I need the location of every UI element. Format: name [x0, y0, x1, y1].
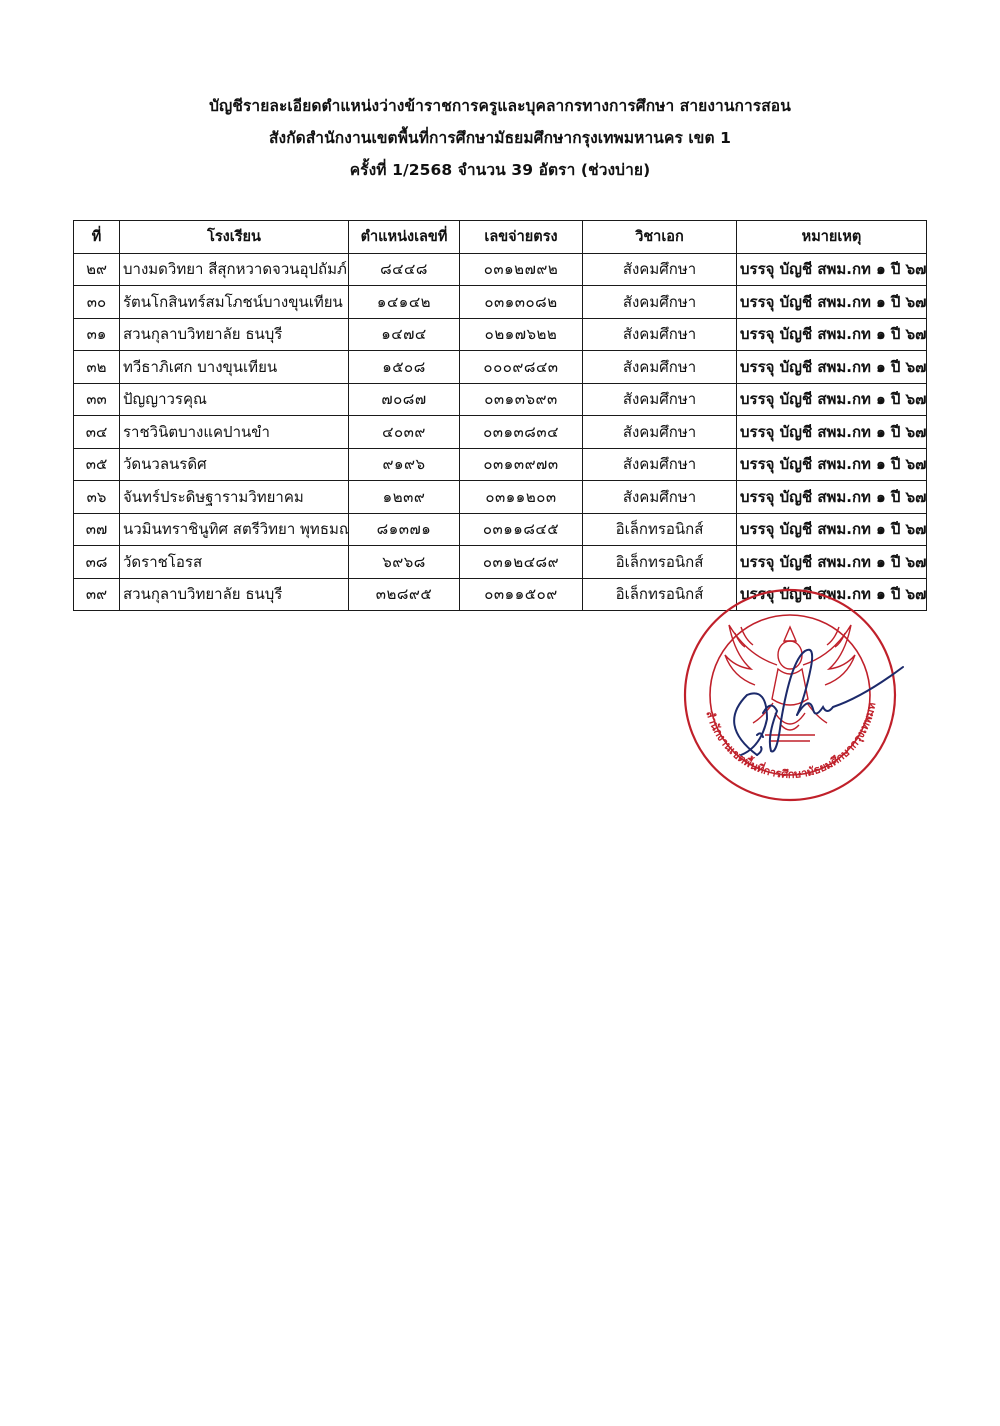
major-subject: สังคมศึกษา [583, 383, 737, 416]
school-name: วัดนวลนรดิศ [120, 448, 349, 481]
pay-number: ๐๒๑๗๖๒๒ [460, 318, 583, 351]
school-name: นวมินทราชินูทิศ สตรีวิทยา พุทธมณฑล [120, 513, 349, 546]
stamp-ring-text: สำนักงานเขตพื้นที่การศึกษามัธยมศึกษากรุง… [665, 585, 878, 781]
row-number: ๒๙ [74, 253, 120, 286]
pay-number: ๐๓๑๑๒๐๓ [460, 481, 583, 514]
position-number: ๑๔๗๔ [349, 318, 460, 351]
position-number: ๙๑๙๖ [349, 448, 460, 481]
major-subject: อิเล็กทรอนิกส์ [583, 578, 737, 611]
row-number: ๓๗ [74, 513, 120, 546]
row-number: ๓๘ [74, 546, 120, 579]
school-name: ปัญญาวรคุณ [120, 383, 349, 416]
position-number: ๑๒๓๙ [349, 481, 460, 514]
row-number: ๓๒ [74, 351, 120, 384]
position-number: ๑๕๐๘ [349, 351, 460, 384]
remark: บรรจุ บัญชี สพม.กท ๑ ปี ๖๗ [737, 578, 927, 611]
school-name: วัดราชโอรส [120, 546, 349, 579]
remark: บรรจุ บัญชี สพม.กท ๑ ปี ๖๗ [737, 416, 927, 449]
table-row: ๓๓ปัญญาวรคุณ๗๐๘๗๐๓๑๓๖๙๓สังคมศึกษาบรรจุ บ… [74, 383, 927, 416]
svg-text:สำนักงานเขตพื้นที่การศึกษามัธย: สำนักงานเขตพื้นที่การศึกษามัธยมศึกษากรุง… [665, 585, 878, 781]
column-header-no: ที่ [74, 221, 120, 254]
row-number: ๓๕ [74, 448, 120, 481]
major-subject: สังคมศึกษา [583, 416, 737, 449]
remark: บรรจุ บัญชี สพม.กท ๑ ปี ๖๗ [737, 546, 927, 579]
major-subject: อิเล็กทรอนิกส์ [583, 513, 737, 546]
pay-number: ๐๓๑๒๗๙๒ [460, 253, 583, 286]
table-row: ๓๐รัตนโกสินทร์สมโภชน์บางขุนเทียน๑๔๑๔๒๐๓๑… [74, 286, 927, 319]
table-row: ๓๕วัดนวลนรดิศ๙๑๙๖๐๓๑๓๙๗๓สังคมศึกษาบรรจุ … [74, 448, 927, 481]
position-number: ๔๐๓๙ [349, 416, 460, 449]
school-name: ทวีธาภิเศก บางขุนเทียน [120, 351, 349, 384]
position-number: ๘๑๓๗๑ [349, 513, 460, 546]
position-number: ๖๙๖๘ [349, 546, 460, 579]
table-row: ๓๘วัดราชโอรส๖๙๖๘๐๓๑๒๔๘๙อิเล็กทรอนิกส์บรร… [74, 546, 927, 579]
table-row: ๓๗นวมินทราชินูทิศ สตรีวิทยา พุทธมณฑล๘๑๓๗… [74, 513, 927, 546]
table-row: ๓๑สวนกุลาบวิทยาลัย ธนบุรี๑๔๗๔๐๒๑๗๖๒๒สังค… [74, 318, 927, 351]
row-number: ๓๔ [74, 416, 120, 449]
pay-number: ๐๓๑๓๙๗๓ [460, 448, 583, 481]
remark: บรรจุ บัญชี สพม.กท ๑ ปี ๖๗ [737, 318, 927, 351]
stamp-seal-icon [685, 590, 895, 800]
position-number: ๘๔๔๘ [349, 253, 460, 286]
major-subject: สังคมศึกษา [583, 481, 737, 514]
title-line-1: บัญชีรายละเอียดตำแหน่งว่างข้าราชการครูแล… [0, 90, 1000, 122]
title-line-2: สังกัดสำนักงานเขตพื้นที่การศึกษามัธยมศึก… [0, 122, 1000, 154]
official-stamp: สำนักงานเขตพื้นที่การศึกษามัธยมศึกษากรุง… [665, 585, 915, 815]
major-subject: สังคมศึกษา [583, 351, 737, 384]
remark: บรรจุ บัญชี สพม.กท ๑ ปี ๖๗ [737, 481, 927, 514]
vacancy-table: ที่ โรงเรียน ตำแหน่งเลขที่ เลขจ่ายตรง วิ… [73, 220, 927, 611]
school-name: สวนกุลาบวิทยาลัย ธนบุรี [120, 318, 349, 351]
row-number: ๓๓ [74, 383, 120, 416]
position-number: ๑๔๑๔๒ [349, 286, 460, 319]
remark: บรรจุ บัญชี สพม.กท ๑ ปี ๖๗ [737, 383, 927, 416]
school-name: สวนกุลาบวิทยาลัย ธนบุรี [120, 578, 349, 611]
table-row: ๒๙บางมดวิทยา สีสุกหวาดจวนอุปถัมภ์๘๔๔๘๐๓๑… [74, 253, 927, 286]
row-number: ๓๐ [74, 286, 120, 319]
remark: บรรจุ บัญชี สพม.กท ๑ ปี ๖๗ [737, 351, 927, 384]
column-header-pay-no: เลขจ่ายตรง [460, 221, 583, 254]
remark: บรรจุ บัญชี สพม.กท ๑ ปี ๖๗ [737, 253, 927, 286]
school-name: จันทร์ประดิษฐารามวิทยาคม [120, 481, 349, 514]
major-subject: สังคมศึกษา [583, 318, 737, 351]
pay-number: ๐๓๑๓๘๓๔ [460, 416, 583, 449]
signature [734, 650, 903, 755]
table-row: ๓๙สวนกุลาบวิทยาลัย ธนบุรี๓๒๘๙๕๐๓๑๑๕๐๙อิเ… [74, 578, 927, 611]
column-header-school: โรงเรียน [120, 221, 349, 254]
remark: บรรจุ บัญชี สพม.กท ๑ ปี ๖๗ [737, 286, 927, 319]
major-subject: สังคมศึกษา [583, 448, 737, 481]
column-header-major: วิชาเอก [583, 221, 737, 254]
garuda-emblem-icon [725, 625, 855, 741]
row-number: ๓๖ [74, 481, 120, 514]
school-name: รัตนโกสินทร์สมโภชน์บางขุนเทียน [120, 286, 349, 319]
table-row: ๓๒ทวีธาภิเศก บางขุนเทียน๑๕๐๘๐๐๐๙๘๔๓สังคม… [74, 351, 927, 384]
row-number: ๓๙ [74, 578, 120, 611]
remark: บรรจุ บัญชี สพม.กท ๑ ปี ๖๗ [737, 513, 927, 546]
pay-number: ๐๓๑๑๕๐๙ [460, 578, 583, 611]
pay-number: ๐๓๑๒๔๘๙ [460, 546, 583, 579]
row-number: ๓๑ [74, 318, 120, 351]
major-subject: อิเล็กทรอนิกส์ [583, 546, 737, 579]
table-row: ๓๔ราชวินิตบางแคปานขำ๔๐๓๙๐๓๑๓๘๓๔สังคมศึกษ… [74, 416, 927, 449]
document-header: บัญชีรายละเอียดตำแหน่งว่างข้าราชการครูแล… [0, 90, 1000, 186]
school-name: บางมดวิทยา สีสุกหวาดจวนอุปถัมภ์ [120, 253, 349, 286]
column-header-note: หมายเหตุ [737, 221, 927, 254]
pay-number: ๐๓๑๓๖๙๓ [460, 383, 583, 416]
pay-number: ๐๓๑๑๘๔๕ [460, 513, 583, 546]
major-subject: สังคมศึกษา [583, 253, 737, 286]
pay-number: ๐๓๑๓๐๘๒ [460, 286, 583, 319]
column-header-position-no: ตำแหน่งเลขที่ [349, 221, 460, 254]
title-line-3: ครั้งที่ 1/2568 จำนวน 39 อัตรา (ช่วงบ่าย… [0, 154, 1000, 186]
table-row: ๓๖จันทร์ประดิษฐารามวิทยาคม๑๒๓๙๐๓๑๑๒๐๓สัง… [74, 481, 927, 514]
school-name: ราชวินิตบางแคปานขำ [120, 416, 349, 449]
remark: บรรจุ บัญชี สพม.กท ๑ ปี ๖๗ [737, 448, 927, 481]
position-number: ๓๒๘๙๕ [349, 578, 460, 611]
pay-number: ๐๐๐๙๘๔๓ [460, 351, 583, 384]
table-header-row: ที่ โรงเรียน ตำแหน่งเลขที่ เลขจ่ายตรง วิ… [74, 221, 927, 254]
position-number: ๗๐๘๗ [349, 383, 460, 416]
major-subject: สังคมศึกษา [583, 286, 737, 319]
